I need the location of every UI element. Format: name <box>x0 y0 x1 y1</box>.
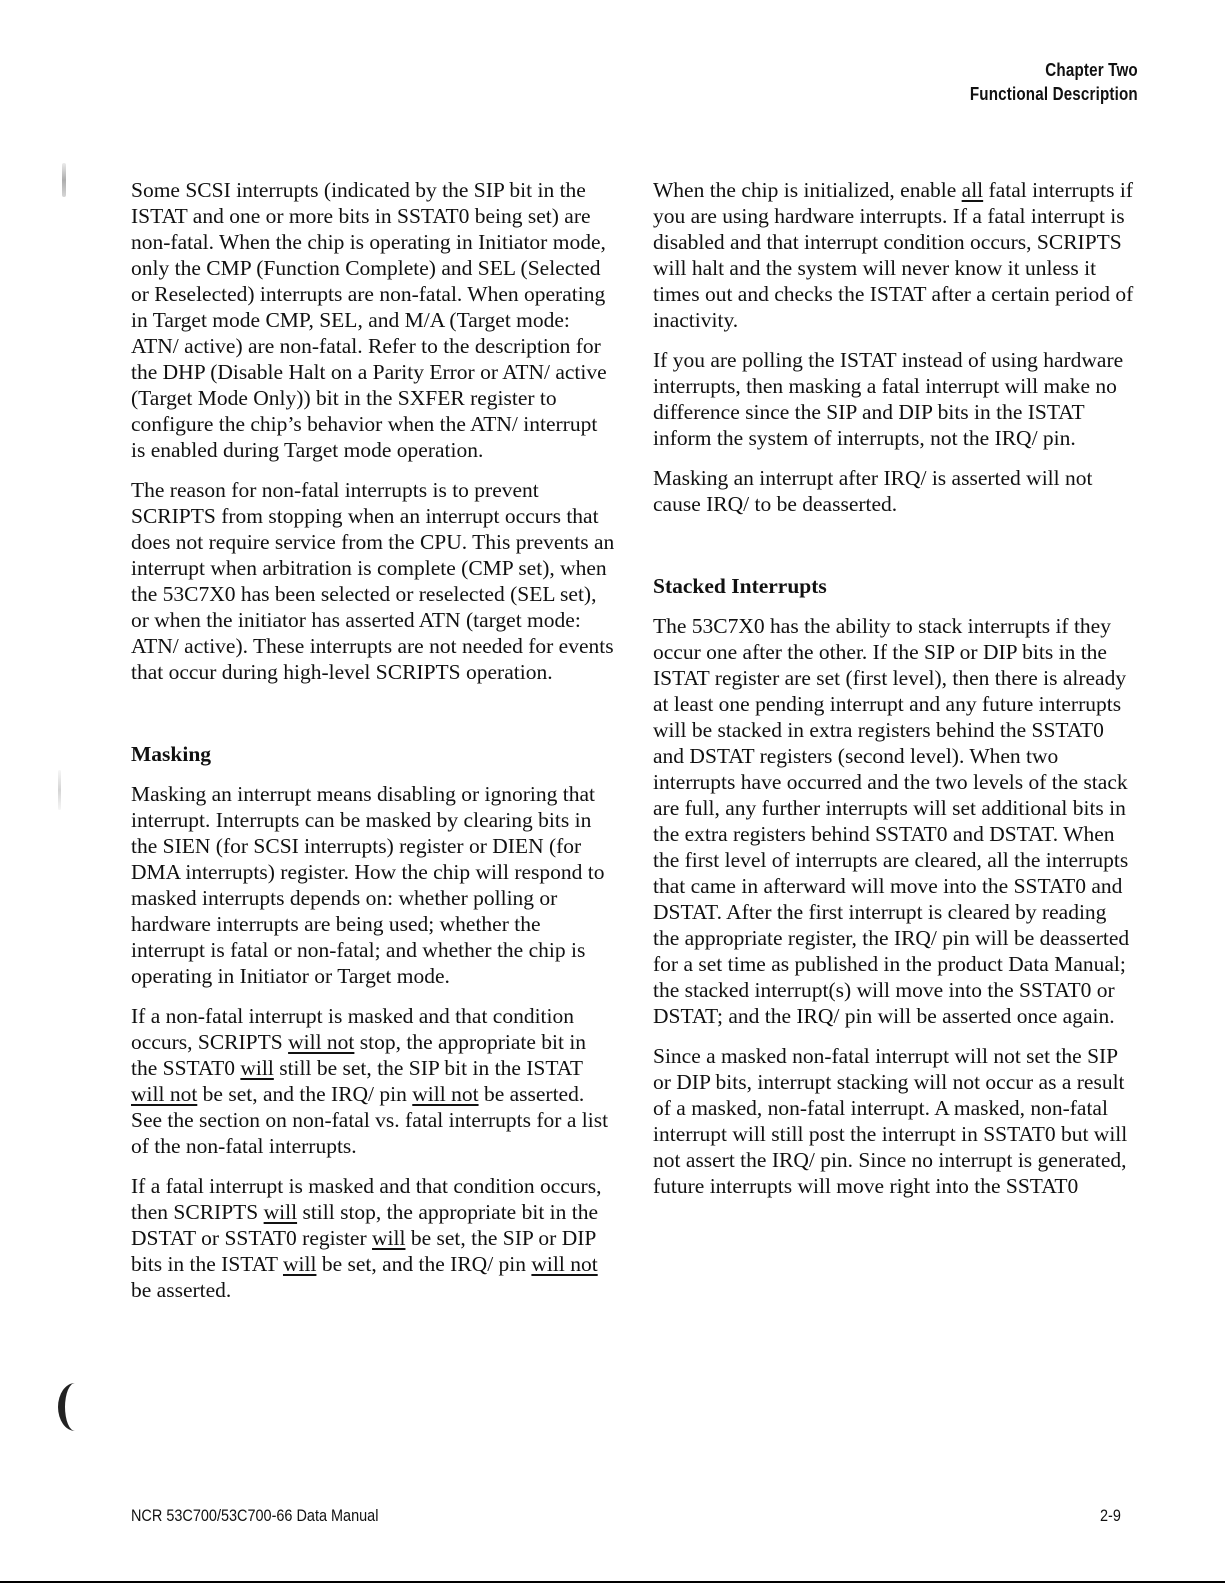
footer-page-number: 2-9 <box>1100 1506 1121 1526</box>
emphasis-underline: will <box>283 1252 316 1276</box>
scan-artifact <box>62 163 66 197</box>
text-run: When the chip is initialized, enable <box>653 178 962 202</box>
emphasis-underline: will not <box>531 1252 597 1276</box>
paragraph: Masking an interrupt means disabling or … <box>131 781 616 989</box>
footer-manual-title: NCR 53C700/53C700-66 Data Manual <box>131 1506 378 1526</box>
text-run: be set, and the IRQ/ pin <box>316 1252 531 1276</box>
emphasis-underline: will <box>372 1226 405 1250</box>
emphasis-underline: will not <box>131 1082 197 1106</box>
right-column: When the chip is initialized, enable all… <box>653 177 1138 1213</box>
section-label: Functional Description <box>970 82 1138 106</box>
emphasis-underline: will not <box>288 1030 354 1054</box>
emphasis-underline: will <box>264 1200 297 1224</box>
section-heading-stacked-interrupts: Stacked Interrupts <box>653 573 1138 599</box>
paragraph: When the chip is initialized, enable all… <box>653 177 1138 333</box>
chapter-label: Chapter Two <box>970 58 1138 82</box>
left-column: Some SCSI interrupts (indicated by the S… <box>131 177 616 1317</box>
section-heading-masking: Masking <box>131 741 616 767</box>
paragraph: If a non-fatal interrupt is masked and t… <box>131 1003 616 1159</box>
scan-artifact <box>58 770 61 810</box>
text-run: still be set, the SIP bit in the ISTAT <box>274 1056 583 1080</box>
emphasis-underline: will <box>240 1056 273 1080</box>
paragraph: If you are polling the ISTAT instead of … <box>653 347 1138 451</box>
paragraph: The 53C7X0 has the ability to stack inte… <box>653 613 1138 1029</box>
running-header: Chapter Two Functional Description <box>970 58 1138 106</box>
paragraph: Masking an interrupt after IRQ/ is asser… <box>653 465 1138 517</box>
paragraph: If a fatal interrupt is masked and that … <box>131 1173 616 1303</box>
text-run: be set, and the IRQ/ pin <box>197 1082 412 1106</box>
emphasis-underline: will not <box>412 1082 478 1106</box>
paragraph: The reason for non-fatal interrupts is t… <box>131 477 616 685</box>
binder-hole-mark <box>58 1383 92 1431</box>
emphasis-underline: all <box>962 178 984 202</box>
text-run: be asserted. <box>131 1278 231 1302</box>
paragraph: Some SCSI interrupts (indicated by the S… <box>131 177 616 463</box>
paragraph: Since a masked non-fatal interrupt will … <box>653 1043 1138 1199</box>
